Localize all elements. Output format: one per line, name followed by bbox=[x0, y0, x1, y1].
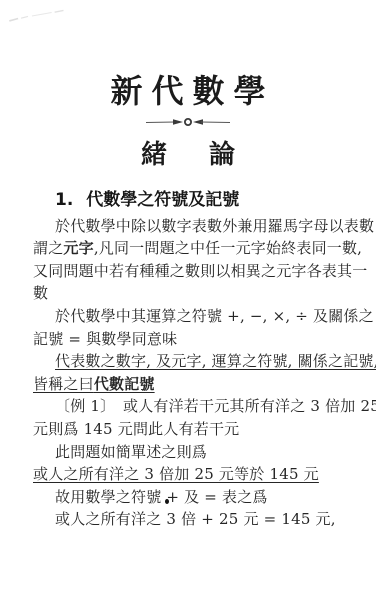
text-line: 代表數之數字, 及元字, 運算之符號, 關係之記號, bbox=[33, 350, 356, 373]
text-line: 或人之所有洋之 3 倍加 25 元等於 145 元 bbox=[33, 463, 356, 486]
chapter-title: 緒 論 bbox=[0, 141, 376, 169]
section-title: 代數學之符號及記號 bbox=[86, 191, 239, 209]
text-line: 此問題如簡單述之則爲 bbox=[33, 441, 356, 464]
text-segment: 代表數之數字, 及元字, 運算之符號, 關係之記號, bbox=[55, 352, 376, 370]
bold-term: 元字 bbox=[63, 239, 93, 257]
text-segment: 於代數學中其運算之符號 +, −, ×, ÷ 及關係之 bbox=[55, 307, 374, 325]
tailpiece-ornament-icon bbox=[146, 115, 230, 129]
text-line: 數 bbox=[33, 282, 356, 305]
text-segment: 故用數學之符號 + 及 = 表之爲 bbox=[55, 488, 268, 506]
text-line: 或人之所有洋之 3 倍 + 25 元 = 145 元, bbox=[33, 508, 356, 531]
text-segment: 皆稱之曰 bbox=[33, 375, 94, 393]
text-segment: 元則爲 145 元問此人有若干元 bbox=[33, 420, 239, 438]
section-heading: 1. 代數學之符號及記號 bbox=[55, 191, 376, 209]
chapter-title-char-right: 論 bbox=[209, 141, 235, 169]
text-segment: 此問題如簡單述之則爲 bbox=[55, 443, 207, 461]
text-segment: ,凡同一問題之中任一元字始終表同一數, bbox=[94, 239, 362, 257]
book-title: 新代數學 bbox=[0, 74, 376, 108]
corner-watermark-smudge bbox=[7, 4, 67, 29]
ink-speck bbox=[165, 499, 169, 504]
body-text: 於代數學中除以數字表數外兼用羅馬字母以表數謂之元字,凡同一問題之中任一元字始終表… bbox=[33, 215, 356, 531]
text-line: 元則爲 145 元問此人有若干元 bbox=[33, 418, 356, 441]
text-line: 記號 = 與數學同意味 bbox=[33, 328, 356, 351]
text-line: 謂之元字,凡同一問題之中任一元字始終表同一數, bbox=[33, 237, 356, 260]
divider-ornament bbox=[0, 115, 376, 129]
text-line: 於代數學中除以數字表數外兼用羅馬字母以表數 bbox=[33, 215, 356, 238]
bold-term: 代數記號 bbox=[94, 375, 155, 393]
text-segment: 謂之 bbox=[33, 239, 63, 257]
text-segment: 或人之所有洋之 3 倍 + 25 元 = 145 元, bbox=[55, 510, 336, 528]
text-line: 故用數學之符號 + 及 = 表之爲 bbox=[33, 486, 356, 509]
text-line: 又同問題中若有種種之數則以相異之元字各表其一 bbox=[33, 260, 356, 283]
section-number: 1. bbox=[55, 191, 73, 209]
text-segment: 又同問題中若有種種之數則以相異之元字各表其一 bbox=[33, 262, 367, 280]
text-line: 〔例 1〕 或人有洋若干元其所有洋之 3 倍加 25 bbox=[33, 395, 356, 418]
text-segment: 或人之所有洋之 3 倍加 25 元等於 145 元 bbox=[33, 465, 319, 483]
text-segment: 於代數學中除以數字表數外兼用羅馬字母以表數 bbox=[55, 217, 374, 235]
text-segment: 〔例 1〕 或人有洋若干元其所有洋之 3 倍加 25 bbox=[55, 397, 376, 415]
text-segment: 數 bbox=[33, 284, 48, 302]
text-line: 於代數學中其運算之符號 +, −, ×, ÷ 及關係之 bbox=[33, 305, 356, 328]
chapter-title-char-left: 緒 bbox=[141, 141, 167, 169]
text-line: 皆稱之曰代數記號 bbox=[33, 373, 356, 396]
scanned-book-page: 新代數學 緒 論 1. 代數學之符號及記號 於代數學中除以數字表數外兼用羅馬字母… bbox=[0, 0, 376, 600]
text-segment: 記號 = 與數學同意味 bbox=[33, 330, 177, 348]
